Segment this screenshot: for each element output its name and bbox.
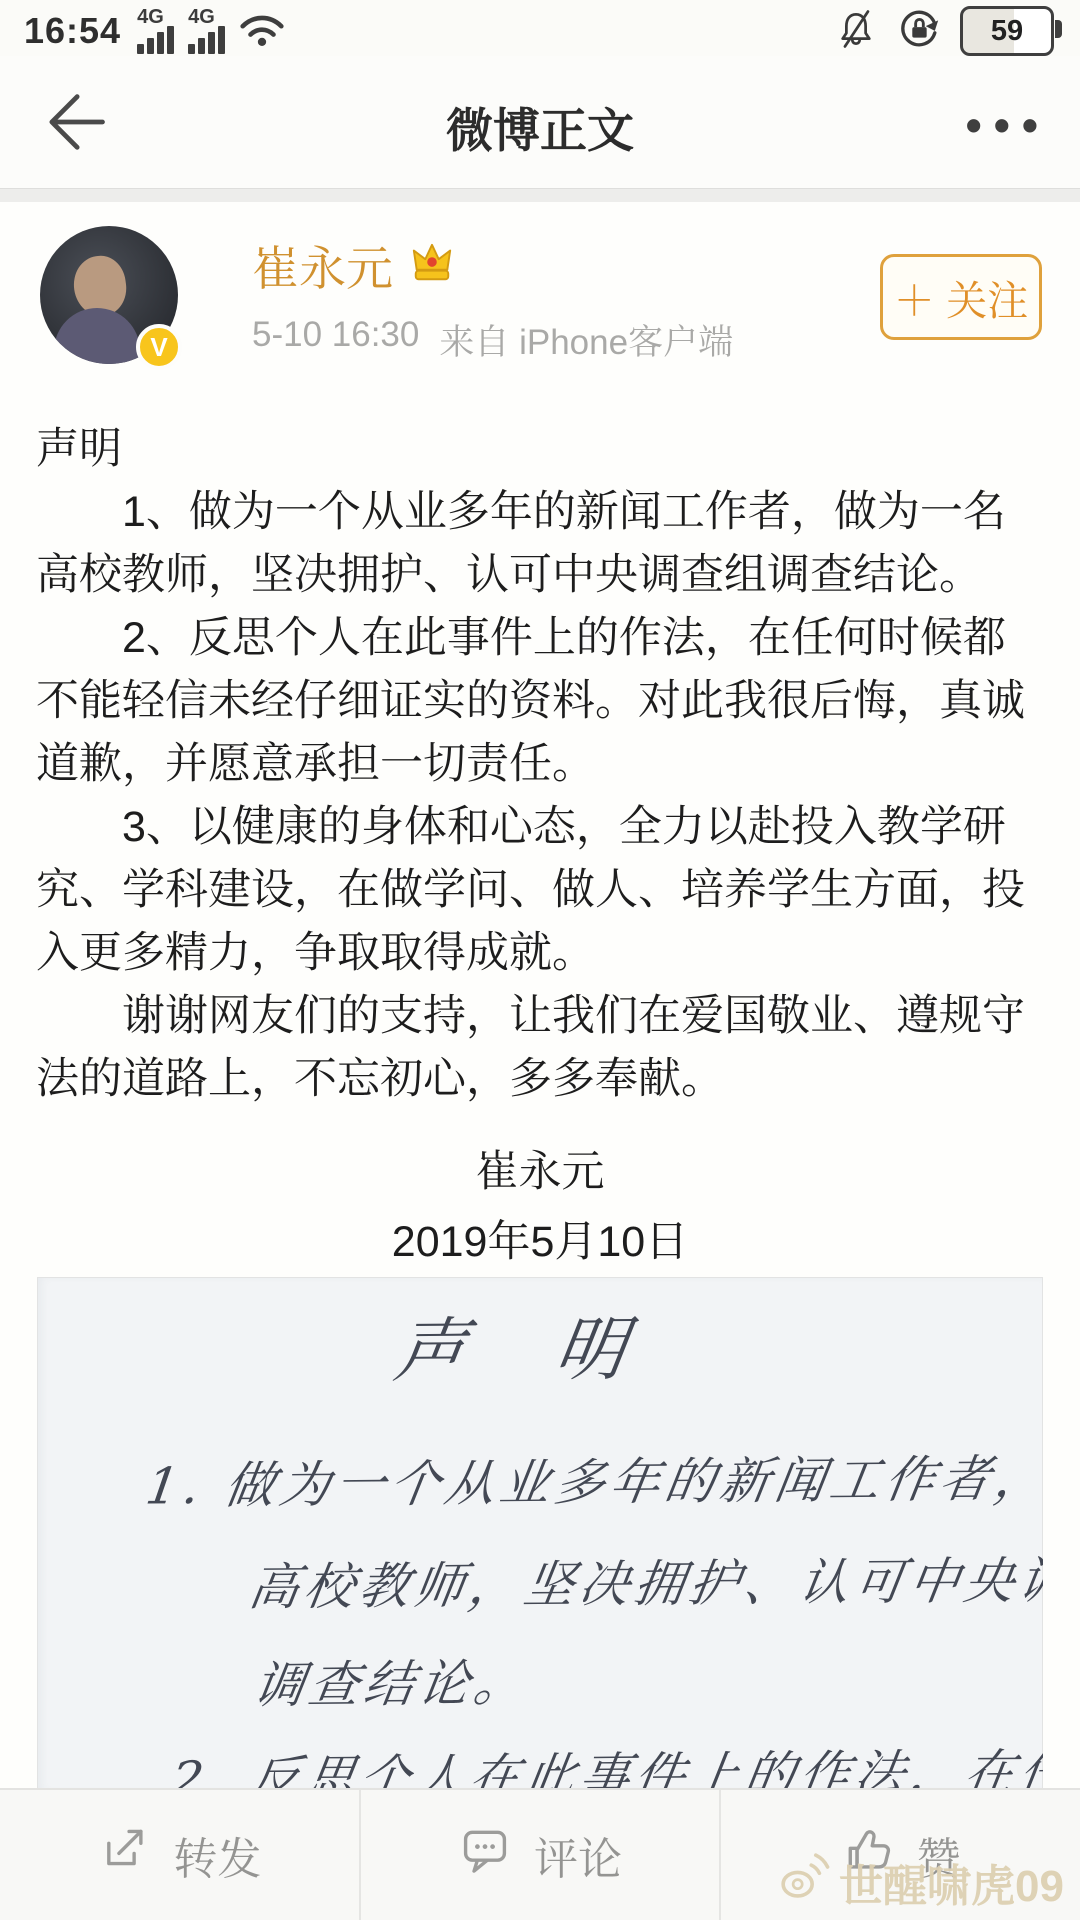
handwriting-line: 高校教师，坚决拥护、认可中央调查组 xyxy=(244,1547,1043,1622)
navigation-bar: 微博正文 ••• xyxy=(0,56,1080,188)
cellular-signal-1: 4G xyxy=(137,8,174,54)
vip-crown-icon xyxy=(409,241,455,290)
handwriting-line: 2. 反思个人在此事件上的作法，在任何时候 xyxy=(166,1739,1043,1790)
post-text-paragraph: 谢谢网友们的支持，让我们在爱国敬业、遵规守法的道路上，不忘初心，多多奉献。 xyxy=(36,985,1044,1111)
handwriting-line: 调查结论。 xyxy=(249,1645,1043,1720)
ellipsis-icon: ••• xyxy=(966,98,1050,152)
more-options-button[interactable]: ••• xyxy=(966,90,1050,160)
like-label: 赞 xyxy=(917,1823,961,1887)
repost-button[interactable]: 转发 xyxy=(0,1790,359,1920)
signature-name: 崔永元 xyxy=(0,1137,1080,1207)
comment-icon xyxy=(458,1823,512,1888)
thumbs-up-icon xyxy=(841,1823,895,1888)
post-text-paragraph: 1、做为一个从业多年的新闻工作者，做为一名高校教师，坚决拥护、认可中央调查组调查… xyxy=(36,481,1044,607)
network-type-label: 4G xyxy=(188,8,215,26)
post-text-paragraph: 声明 xyxy=(36,418,1044,481)
cellular-signal-2: 4G xyxy=(188,8,225,54)
repost-icon xyxy=(97,1823,151,1888)
follow-button[interactable]: ＋ 关注 xyxy=(880,254,1042,340)
page-title: 微博正文 xyxy=(0,94,1080,161)
status-bar: 16:54 4G 4G xyxy=(0,0,1080,56)
clock-time: 16:54 xyxy=(24,10,121,52)
post-header: V 崔永元 5-10 16:30 来自 iPhone客户端 ＋ 关注 xyxy=(40,224,1046,386)
signal-bars-icon xyxy=(137,26,174,54)
like-button[interactable]: 赞 xyxy=(719,1790,1080,1920)
post-source[interactable]: 来自 iPhone客户端 xyxy=(439,315,733,365)
comment-label: 评论 xyxy=(534,1823,622,1887)
battery-icon: 59 xyxy=(960,6,1054,56)
wifi-icon xyxy=(239,10,285,53)
post-body-text: 声明 1、做为一个从业多年的新闻工作者，做为一名高校教师，坚决拥护、认可中央调查… xyxy=(36,418,1044,1111)
mute-bell-icon xyxy=(834,7,878,56)
handwriting-line: 1. 做为一个从业多年的新闻工作者，做为一名 xyxy=(141,1445,1043,1521)
battery-percentage: 59 xyxy=(991,15,1023,48)
verified-v-badge: V xyxy=(136,324,182,370)
author-name[interactable]: 崔永元 xyxy=(252,232,393,299)
avatar-portrait-shape xyxy=(54,308,140,364)
rotation-lock-icon xyxy=(896,6,942,57)
post-timestamp: 5-10 16:30 xyxy=(252,315,419,365)
comment-button[interactable]: 评论 xyxy=(359,1790,720,1920)
post-signature: 崔永元 2019年5月10日 xyxy=(0,1137,1080,1277)
signal-bars-icon xyxy=(188,26,225,54)
signature-date: 2019年5月10日 xyxy=(0,1207,1080,1277)
repost-label: 转发 xyxy=(173,1823,261,1887)
post-detail-content: V 崔永元 5-10 16:30 来自 iPhone客户端 ＋ 关注 xyxy=(0,202,1080,1790)
post-text-paragraph: 2、反思个人在此事件上的作法，在任何时候都不能轻信未经仔细证实的资料。对此我很后… xyxy=(36,607,1044,796)
handwriting-title: 声 明 xyxy=(389,1303,1043,1395)
post-text-paragraph: 3、以健康的身体和心态，全力以赴投入教学研究、学科建设，在做学问、做人、培养学生… xyxy=(36,796,1044,985)
handwriting-paper: 声 明 1. 做为一个从业多年的新闻工作者，做为一名 高校教师，坚决拥护、认可中… xyxy=(37,1277,1043,1790)
action-toolbar: 转发 评论 赞 xyxy=(0,1788,1080,1920)
network-type-label: 4G xyxy=(137,8,164,26)
handwritten-statement-image[interactable]: 声 明 1. 做为一个从业多年的新闻工作者，做为一名 高校教师，坚决拥护、认可中… xyxy=(37,1277,1043,1790)
